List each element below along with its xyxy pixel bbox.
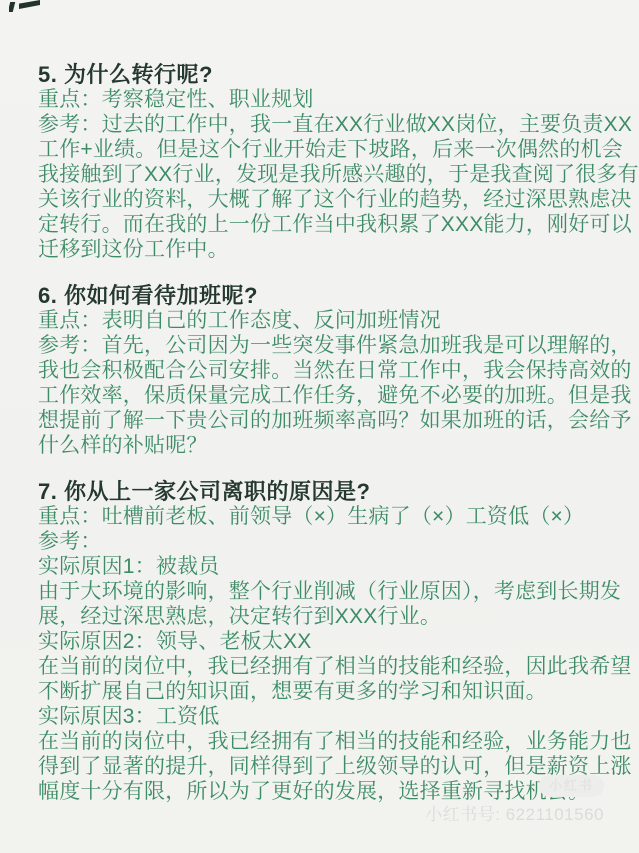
xiaohongshu-logo-badge: 小红书 (539, 775, 604, 797)
cropped-glyph-artifact (9, 0, 41, 12)
question-section-6: 6. 你如何看待加班呢? 重点：表明自己的工作态度、反问加班情况 参考：首先，公… (38, 283, 611, 458)
text-line: 重点：表明自己的工作态度、反问加班情况 (38, 308, 611, 333)
text-line: 想提前了解一下贵公司的加班频率高吗？如果加班的话，会给予 (38, 408, 611, 433)
text-line: 参考：首先，公司因为一些突发事件紧急加班我是可以理解的， (38, 333, 611, 358)
text-line: 工作+业绩。但是这个行业开始走下坡路，后来一次偶然的机会 (38, 137, 611, 162)
text-line: 展，经过深思熟虑，决定转行到XXX行业。 (38, 604, 611, 629)
text-line: 我也会积极配合公司安排。当然在日常工作中，我会保持高效的 (38, 358, 611, 383)
question-title: 7. 你从上一家公司离职的原因是? (38, 479, 611, 504)
text-line: 参考： (38, 529, 611, 554)
text-line: 参考：过去的工作中，我一直在XX行业做XX岗位，主要负责XX (38, 112, 611, 137)
text-line: 定转行。而在我的上一份工作当中我积累了XXX能力，刚好可以 (38, 212, 611, 237)
text-line: 实际原因1：被裁员 (38, 554, 611, 579)
text-line: 不断扩展自己的知识面，想要有更多的学习和知识面。 (38, 679, 611, 704)
text-line: 关该行业的资料，大概了解了这个行业的趋势，经过深思熟虑决 (38, 187, 611, 212)
text-line: 实际原因2：领导、老板太XX (38, 629, 611, 654)
text-line: 由于大环境的影响，整个行业削减（行业原因），考虑到长期发 (38, 579, 611, 604)
question-section-7: 7. 你从上一家公司离职的原因是? 重点：吐槽前老板、前领导（×）生病了（×）工… (38, 479, 611, 804)
text-line: 我接触到了XX行业，发现是我所感兴趣的，于是我查阅了很多有 (38, 162, 611, 187)
question-title: 5. 为什么转行呢? (38, 62, 611, 87)
watermark: 小红书 小红书号: 6221101560 (425, 775, 604, 825)
text-line: 重点：吐槽前老板、前领导（×）生病了（×）工资低（×） (38, 504, 611, 529)
text-line: 工作效率，保质保量完成工作任务，避免不必要的加班。但是我 (38, 383, 611, 408)
note-page: 5. 为什么转行呢? 重点：考察稳定性、职业规划 参考：过去的工作中，我一直在X… (0, 0, 639, 853)
text-line: 迁移到这份工作中。 (38, 237, 611, 262)
xiaohongshu-id-watermark: 小红书号: 6221101560 (425, 800, 604, 825)
text-line: 在当前的岗位中，我已经拥有了相当的技能和经验，业务能力也 (38, 729, 611, 754)
text-line: 实际原因3：工资低 (38, 704, 611, 729)
text-line: 重点：考察稳定性、职业规划 (38, 87, 611, 112)
text-line: 什么样的补贴呢？ (38, 433, 611, 458)
question-title: 6. 你如何看待加班呢? (38, 283, 611, 308)
text-line: 在当前的岗位中，我已经拥有了相当的技能和经验，因此我希望 (38, 654, 611, 679)
question-section-5: 5. 为什么转行呢? 重点：考察稳定性、职业规划 参考：过去的工作中，我一直在X… (38, 62, 611, 262)
